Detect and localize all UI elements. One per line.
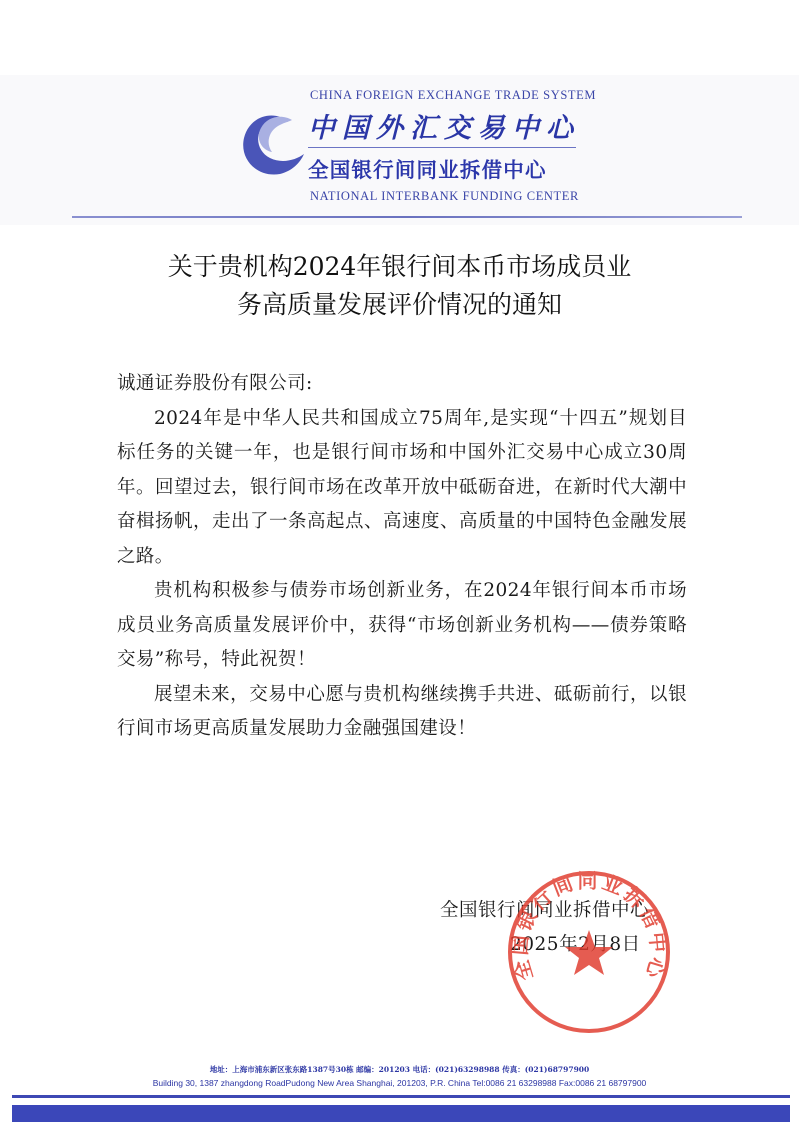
footer-address-chinese: 地址：上海市浦东新区张东路1387号30栋 邮编：201203 电话：(021)…: [0, 1064, 799, 1075]
document-title: 关于贵机构2024年银行间本币市场成员业 务高质量发展评价情况的通知: [0, 248, 799, 324]
title-line-2: 务高质量发展评价情况的通知: [0, 286, 799, 324]
paragraph-1: 2024年是中华人民共和国成立75周年,是实现“十四五”规划目标任务的关键一年，…: [117, 402, 687, 575]
footer-thick-bar: [12, 1105, 790, 1122]
cfets-crescent-logo-icon: [236, 108, 308, 180]
footer-thin-bar: [12, 1095, 790, 1098]
title-line-1: 关于贵机构2024年银行间本币市场成员业: [0, 248, 799, 286]
svg-text:全国银行间同业拆借中心: 全国银行间同业拆借中心: [507, 869, 670, 984]
letterhead: CHINA FOREIGN EXCHANGE TRADE SYSTEM 中国外汇…: [0, 0, 799, 230]
letterhead-english-bottom: NATIONAL INTERBANK FUNDING CENTER: [310, 189, 579, 204]
footer-address-english: Building 30, 1387 zhangdong RoadPudong N…: [0, 1078, 799, 1088]
salutation: 诚通证券股份有限公司:: [117, 367, 687, 402]
letterhead-chinese-script: 中国外汇交易中心: [308, 106, 580, 145]
letterhead-english-top: CHINA FOREIGN EXCHANGE TRADE SYSTEM: [310, 88, 596, 103]
document-body: 诚通证券股份有限公司: 2024年是中华人民共和国成立75周年,是实现“十四五”…: [117, 367, 687, 747]
letterhead-chinese-name: 全国银行间同业拆借中心: [308, 153, 547, 183]
letterhead-rule: [72, 216, 742, 218]
letterhead-divider: [308, 147, 576, 148]
paragraph-2: 贵机构积极参与债券市场创新业务，在2024年银行间本币市场成员业务高质量发展评价…: [117, 574, 687, 678]
official-red-seal-icon: 全国银行间同业拆借中心: [505, 868, 673, 1036]
paragraph-3: 展望未来，交易中心愿与贵机构继续携手共进、砥砺前行，以银行间市场更高质量发展助力…: [117, 678, 687, 747]
